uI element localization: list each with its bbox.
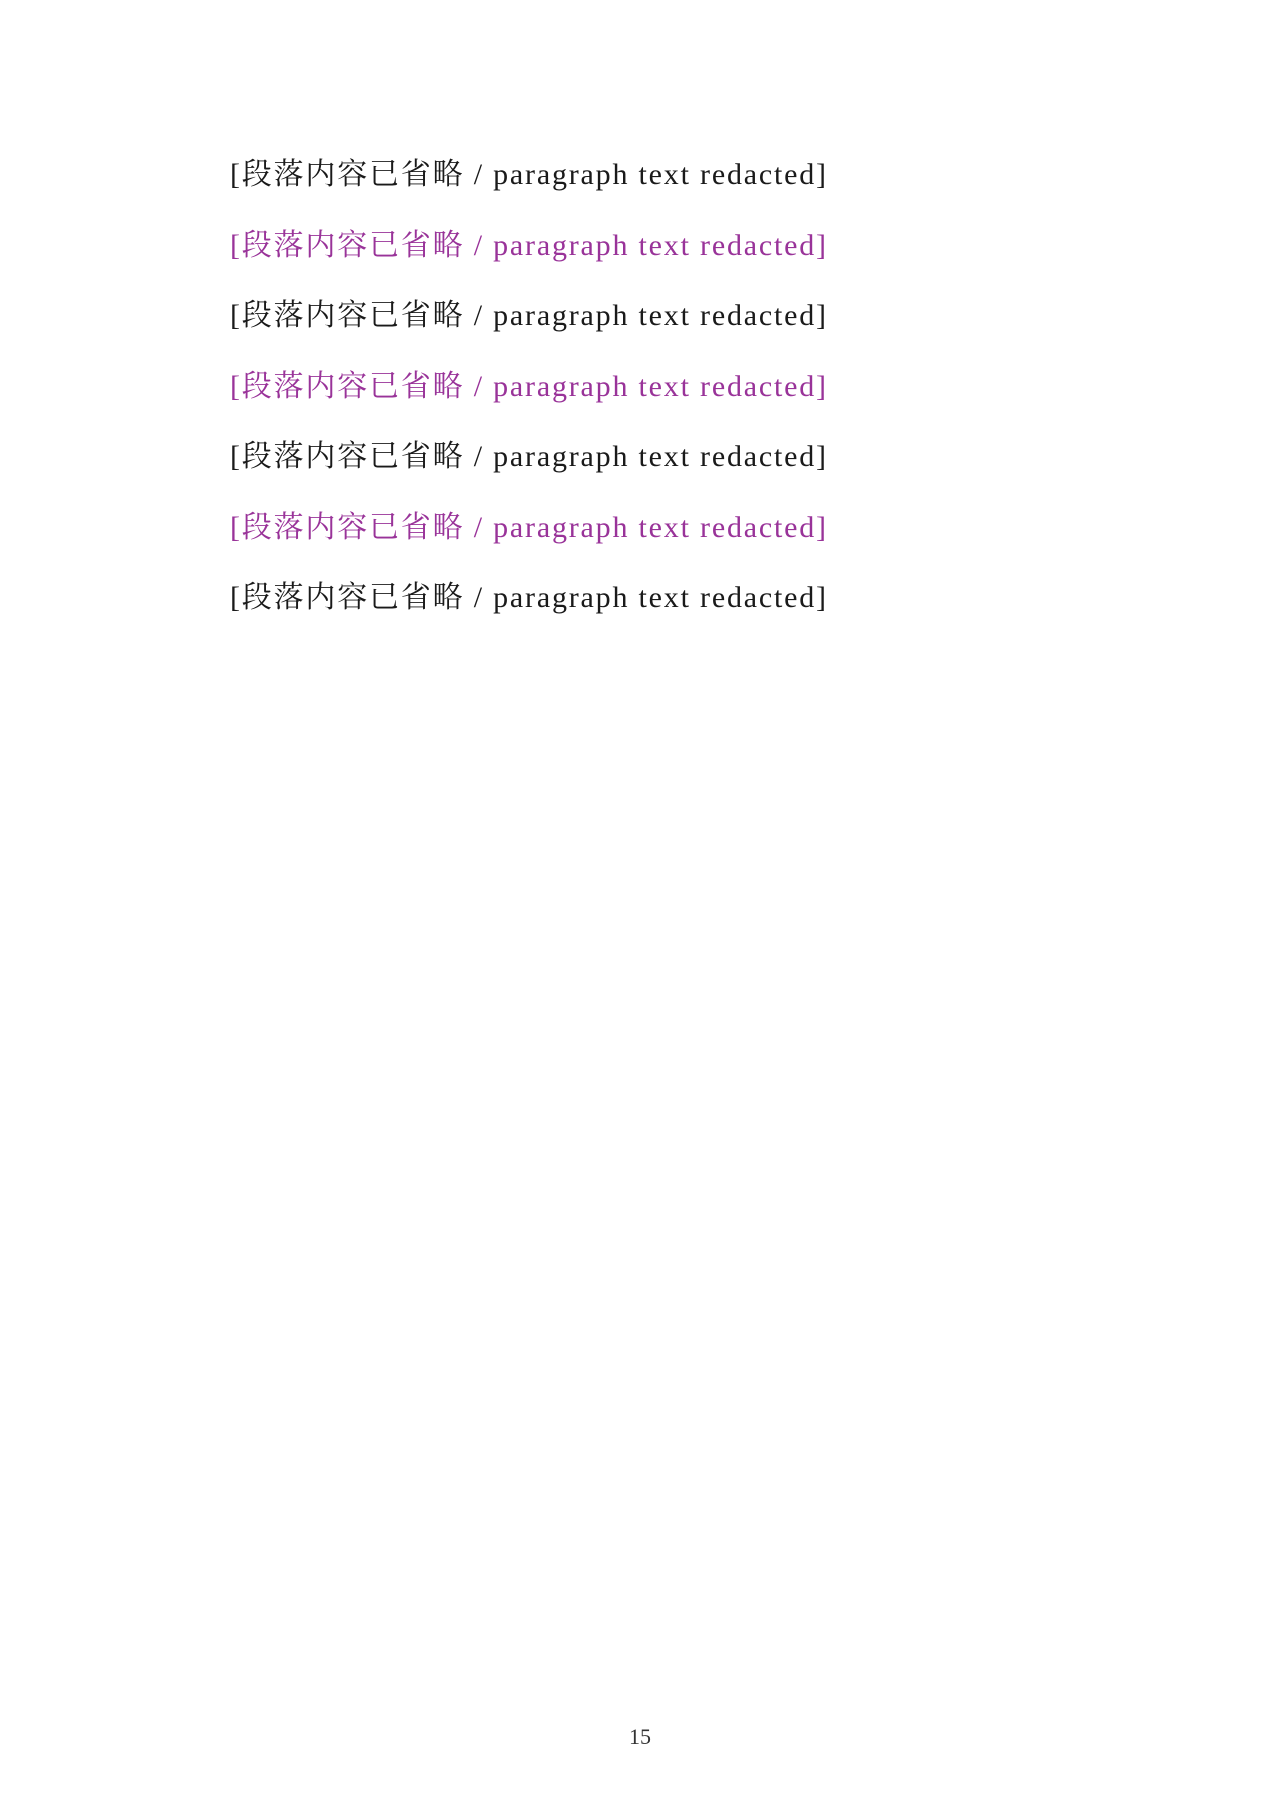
page-content: [段落内容已省略 / paragraph text redacted][段落内容… — [170, 140, 1110, 1714]
body-paragraph: [段落内容已省略 / paragraph text redacted] — [170, 140, 1110, 211]
body-paragraph: [段落内容已省略 / paragraph text redacted] — [170, 281, 1110, 352]
page-number: 15 — [170, 1714, 1110, 1750]
body-paragraph: [段落内容已省略 / paragraph text redacted] — [170, 563, 1110, 634]
emphasis-paragraph: [段落内容已省略 / paragraph text redacted] — [170, 493, 1110, 564]
body-paragraph: [段落内容已省略 / paragraph text redacted] — [170, 422, 1110, 493]
document-page: [段落内容已省略 / paragraph text redacted][段落内容… — [0, 0, 1280, 1810]
emphasis-paragraph: [段落内容已省略 / paragraph text redacted] — [170, 352, 1110, 423]
emphasis-paragraph: [段落内容已省略 / paragraph text redacted] — [170, 211, 1110, 282]
